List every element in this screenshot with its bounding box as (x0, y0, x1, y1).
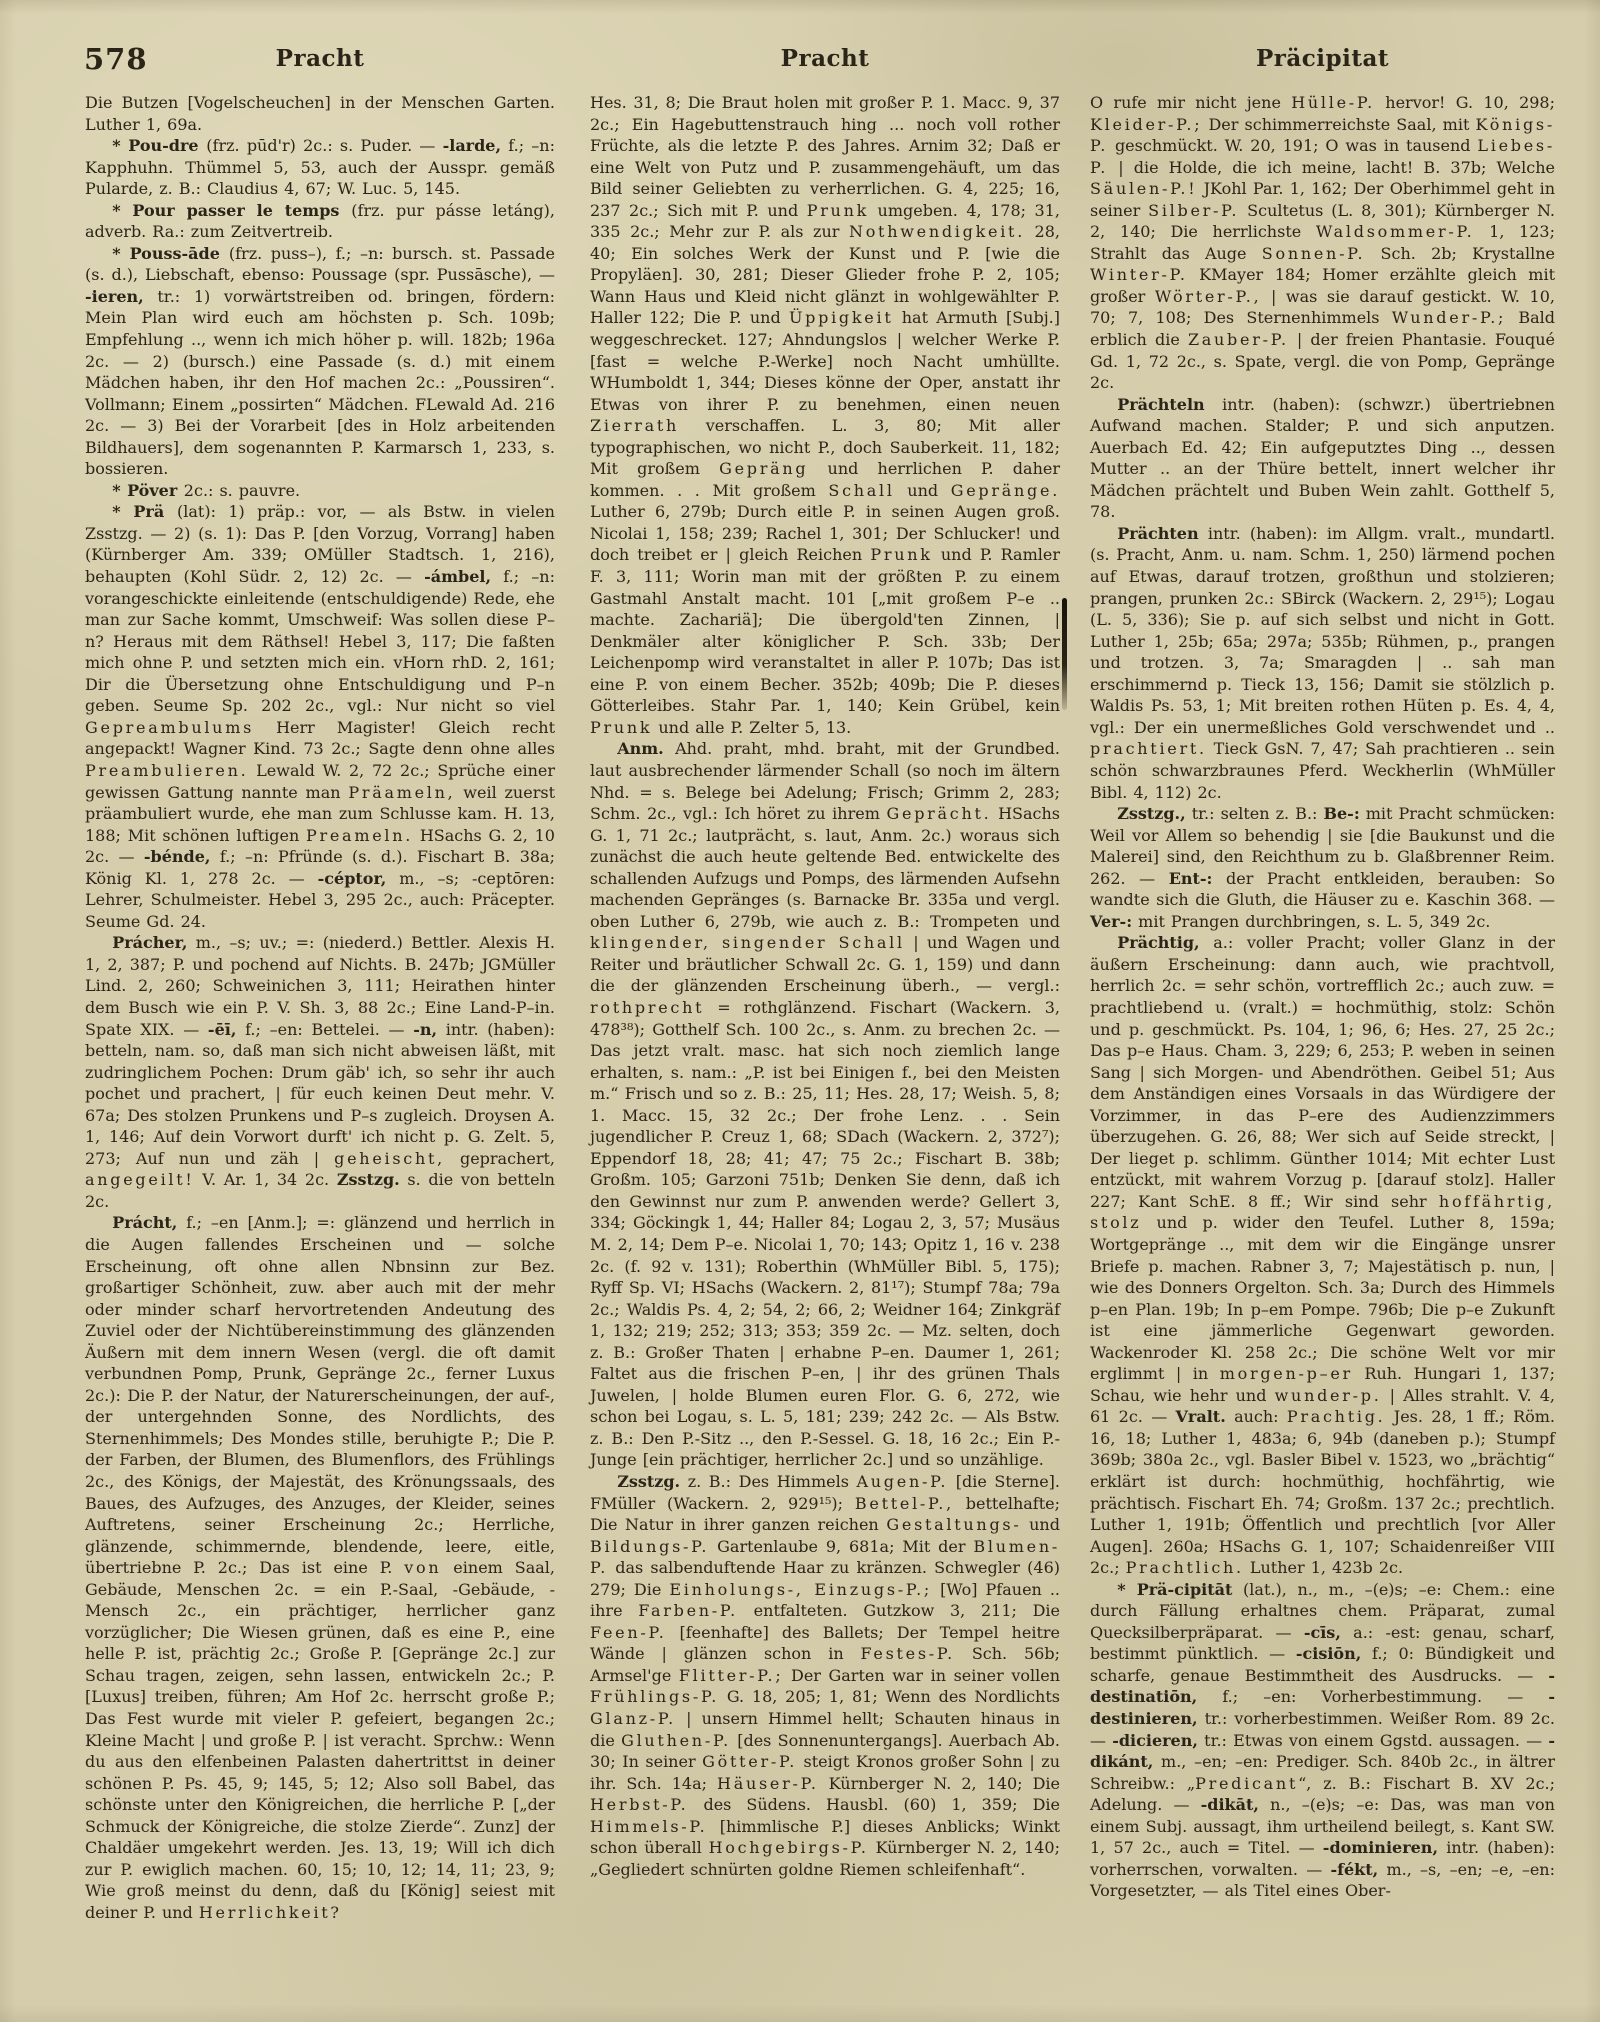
entry-text: Zierrath (590, 416, 679, 435)
entry-text: Sch. 2b; Krystallne (1365, 244, 1555, 263)
entry-text: f.; –en: Vorherbestimmung. — (1197, 1687, 1548, 1706)
headword: -larde, (443, 136, 501, 155)
entry-text: Augen-P. (857, 1472, 949, 1491)
headword: Be-: (1323, 804, 1359, 823)
ink-smudge-artifact (1062, 598, 1067, 710)
entry-text: 2c.: s. pauvre. (184, 481, 300, 500)
entry-text: = rothglänzend. Fischart (Wackern. 3, 47… (590, 998, 1060, 1469)
entry-text: Feen-P. (590, 1623, 667, 1642)
headword: -céptor, (318, 869, 387, 888)
headword: Prácher, (112, 933, 187, 952)
entry-text: Prachtig. (1287, 1407, 1386, 1426)
running-head-column-2: Pracht (590, 45, 1060, 72)
entry-text: des Südens. Hausbl. (60) 1, 359; Die (688, 1795, 1060, 1814)
entry-text: tr.: selten z. B.: (1186, 804, 1324, 823)
headword: Ver-: (1090, 912, 1132, 931)
entry-text: mit Prangen durchbringen, s. L. 5, 349 2… (1132, 912, 1490, 931)
entry-text: Herbst-P. (590, 1795, 688, 1814)
entry-paragraph: Zsstzg., tr.: selten z. B.: Be-: mit Pra… (1090, 803, 1555, 932)
entry-paragraph: * Prä-cipitāt (lat.), n., m., –(e)s; –e:… (1090, 1579, 1555, 1902)
entry-text: morgen-p–er (1220, 1364, 1353, 1383)
entry-text: Bildungs-P. (590, 1537, 709, 1556)
headword: -n, (413, 1020, 437, 1039)
entry-text: einem Saal, Gebäude, Menschen 2c. = ein … (85, 1558, 555, 1922)
entry-text: Luther 1, 423b 2c. (1244, 1558, 1403, 1577)
headword: -bénde, (144, 847, 211, 866)
headword: Zsstzg. (617, 1472, 680, 1491)
entry-text: Frühlings-P. (590, 1687, 719, 1706)
entry-text: Prachtlich. (1126, 1558, 1244, 1577)
entry-text: Zauber-P. (1188, 330, 1289, 349)
entry-text: G. 18, 205; 1, 81; Wenn des Nordlichts (719, 1687, 1060, 1706)
entry-text: rothprecht (590, 998, 704, 1017)
entry-text: Preambulieren. (85, 761, 248, 780)
headword: Prächteln (1117, 395, 1204, 414)
entry-text: Prunk (870, 545, 932, 564)
entry-text: Waldsommer-P. (1316, 222, 1475, 241)
entry-text: geschmückt. W. 20, 191; O was in tausend (1108, 136, 1477, 155)
entry-text: HSachs G. 1, 71 2c.; lautprächt, s. laut… (590, 804, 1060, 931)
entry-text: Glanz-P. (590, 1709, 676, 1728)
entry-text: hervor! G. 10, 298; (1375, 93, 1555, 112)
entry-paragraph: Prächtig, a.: voller Pracht; voller Glan… (1090, 932, 1555, 1578)
entry-paragraph: Prächten intr. (haben): im Allgm. vralt.… (1090, 523, 1555, 803)
entry-text: Himmels-P. (590, 1817, 707, 1836)
entry-text: und p. wider den Teufel. Luther 8, 159a;… (1090, 1213, 1555, 1383)
entry-text: V. Ar. 1, 34 2c. (195, 1170, 337, 1189)
entry-text: Hochgebirgs-P. (709, 1838, 869, 1857)
entry-text: wunder-p. (1275, 1386, 1382, 1405)
entry-text: Gartenlaube 9, 681a; Mit der (709, 1537, 973, 1556)
entry-paragraph: Prácht, f.; –en [Anm.]; =: glänzend und … (85, 1212, 555, 1923)
entry-text: entfalteten. Gutzkow 3, 211; Die (738, 1601, 1060, 1620)
entry-text: Wörter-P., (1155, 287, 1262, 306)
entry-text: tr.: 1) vorwärtstreiben od. bringen, för… (85, 287, 555, 478)
entry-text: Geprächt. (887, 804, 992, 823)
entry-text: und (895, 481, 951, 500)
headword: -dominieren, (1323, 1838, 1438, 1857)
headword: Ent-: (1169, 869, 1213, 888)
entry-paragraph: Hes. 31, 8; Die Braut holen mit großer P… (590, 92, 1060, 738)
entry-text: Predicant (1195, 1774, 1298, 1793)
headword: -ámbel, (424, 567, 491, 586)
entry-paragraph: * Pouss-āde (frz. puss–), f.; –n: bursch… (85, 243, 555, 480)
entry-text: Götter-P. (702, 1752, 797, 1771)
entry-paragraph: * Pöver 2c.: s. pauvre. (85, 480, 555, 502)
entry-paragraph: * Pour passer le temps (frz. pur pásse l… (85, 200, 555, 243)
entry-text: Der schimmerreichste Saal, mit (1202, 115, 1475, 134)
entry-paragraph: Zsstzg. z. B.: Des Himmels Augen-P. [die… (590, 1471, 1060, 1880)
headword: * Pou-dre (112, 136, 206, 155)
entry-paragraph: Anm. Ahd. praht, mhd. braht, mit der Gru… (590, 738, 1060, 1471)
entry-text: Kleider-P.; (1090, 115, 1202, 134)
entry-text: angegeilt! (85, 1170, 195, 1189)
headword: * Pour passer le temps (112, 201, 351, 220)
entry-text: Der Garten war in seiner vollen (783, 1666, 1060, 1685)
entry-text: (frz. pūd'r) 2c.: s. Puder. — (206, 136, 442, 155)
headword: Anm. (617, 739, 664, 758)
text-column-2: Hes. 31, 8; Die Braut holen mit großer P… (590, 92, 1060, 1880)
page-header: 578 Pracht Pracht Präcipitat (0, 42, 1600, 76)
entry-text: f.; –en [Anm.]; =: glänzend und herrlich… (85, 1213, 555, 1577)
entry-text: Silber-P. (1148, 201, 1239, 220)
text-column-1: Die Butzen [Vogelscheuchen] in der Mensc… (85, 92, 555, 1923)
headword: Zsstzg., (1117, 804, 1186, 823)
dictionary-page-scan: { "theme": { "paper_color": "#d5cdab", "… (0, 0, 1600, 2022)
entry-text: | die Holde, die ich meine, lacht! B. 37… (1108, 158, 1555, 177)
entry-text: Wunder-P.; (1392, 308, 1506, 327)
entry-text: f.; –en: Bettelei. — (236, 1020, 413, 1039)
headword: Vralt. (1176, 1407, 1226, 1426)
entry-text: Preameln. (306, 826, 413, 845)
entry-text: intr. (haben): betteln, nam. so, daß man… (85, 1020, 555, 1168)
entry-text: Gepreambulums (85, 718, 254, 737)
entry-text: Häuser-P. (717, 1774, 819, 1793)
headword: * Pouss-āde (112, 244, 229, 263)
entry-text: Üppigkeit (789, 308, 894, 327)
entry-text: auch: (1226, 1407, 1287, 1426)
entry-text: z. B.: Des Himmels (680, 1472, 856, 1491)
entry-text: f.; –n: vorangeschickte einleitende (ent… (85, 567, 555, 715)
headword: -dikāt, (1201, 1795, 1259, 1814)
headword: Prächtig, (1117, 933, 1199, 952)
entry-text: Festes-P. (860, 1644, 955, 1663)
entry-paragraph: O rufe mir nicht jene Hülle-P. hervor! G… (1090, 92, 1555, 394)
entry-text: Nothwendigkeit. (849, 222, 1025, 241)
entry-text: Gestaltungs- (886, 1515, 1021, 1534)
entry-text: a.: voller Pracht; voller Glanz in der ä… (1090, 933, 1555, 1211)
entry-text: Prunk (807, 201, 869, 220)
headword: -ieren, (85, 287, 144, 306)
entry-paragraph: * Pou-dre (frz. pūd'r) 2c.: s. Puder. — … (85, 135, 555, 200)
entry-text: Hülle-P. (1291, 93, 1375, 112)
headword: -cisiōn, (1296, 1644, 1361, 1663)
entry-text: O rufe mir nicht jene (1090, 93, 1291, 112)
entry-text: Herrlichkeit? (199, 1903, 342, 1922)
entry-text: prachtiert. (1090, 739, 1207, 758)
entry-text: Winter-P. (1090, 265, 1188, 284)
entry-text: Einholungs-, Einzugs-P.; (669, 1580, 932, 1599)
entry-text: Flitter-P.; (679, 1666, 784, 1685)
entry-text: Die Butzen [Vogelscheuchen] in der Mensc… (85, 93, 555, 134)
entry-text: Farben-P. (638, 1601, 738, 1620)
entry-text: klingender, singender Schall (590, 933, 905, 952)
entry-text: Jes. 28, 1 ff.; Röm. 16, 18; Luther 1, 4… (1090, 1407, 1555, 1577)
entry-text: Säulen-P.! (1090, 179, 1197, 198)
entry-text: und P. Ramler F. 3, 111; Worin man mit d… (590, 545, 1060, 715)
entry-text: Prunk (590, 718, 652, 737)
entry-text: und alle P. Zelter 5, 13. (652, 718, 851, 737)
headword: Zsstzg. (337, 1170, 400, 1189)
headword: * Pöver (112, 481, 184, 500)
entry-paragraph: Die Butzen [Vogelscheuchen] in der Mensc… (85, 92, 555, 135)
entry-text: Bettel-P., (855, 1494, 954, 1513)
entry-text: Präameln, (348, 783, 455, 802)
entry-text: tr.: Etwas von einem Ggstd. aussagen. — (1198, 1731, 1548, 1750)
entry-text: Gepränge. (951, 481, 1060, 500)
entry-paragraph: * Prä (lat): 1) präp.: vor, — als Bstw. … (85, 501, 555, 932)
entry-text: Gluthen-P. (621, 1731, 731, 1750)
text-column-3: O rufe mir nicht jene Hülle-P. hervor! G… (1090, 92, 1555, 1902)
headword: -dicieren, (1112, 1731, 1198, 1750)
entry-text: und (1021, 1515, 1060, 1534)
running-head-column-1: Pracht (85, 45, 555, 72)
headword: Prácht, (112, 1213, 177, 1232)
entry-text: Schall (828, 481, 894, 500)
entry-text: Sonnen-P. (1262, 244, 1365, 263)
entry-paragraph: Prácher, m., –s; uv.; =: (niederd.) Bett… (85, 932, 555, 1212)
entry-text: Kürnberger N. 2, 140; Die (819, 1774, 1060, 1793)
headword: * Prä (112, 502, 177, 521)
entry-text: geheischt, (334, 1149, 445, 1168)
headword: Prächten (1117, 524, 1198, 543)
running-head-column-3: Präcipitat (1090, 45, 1555, 72)
entry-paragraph: Prächteln intr. (haben): (schwzr.) übert… (1090, 394, 1555, 523)
entry-text: Gepräng (719, 459, 808, 478)
headword: * Prä-cipitāt (1117, 1580, 1232, 1599)
headword: -cīs, (1304, 1623, 1341, 1642)
entry-text: geprachert, (445, 1149, 555, 1168)
entry-text: intr. (haben): im Allgm. vralt., mundart… (1090, 524, 1555, 737)
entry-text: von (404, 1558, 441, 1577)
headword: -ēī, (208, 1020, 236, 1039)
headword: -fékt, (1330, 1860, 1378, 1879)
